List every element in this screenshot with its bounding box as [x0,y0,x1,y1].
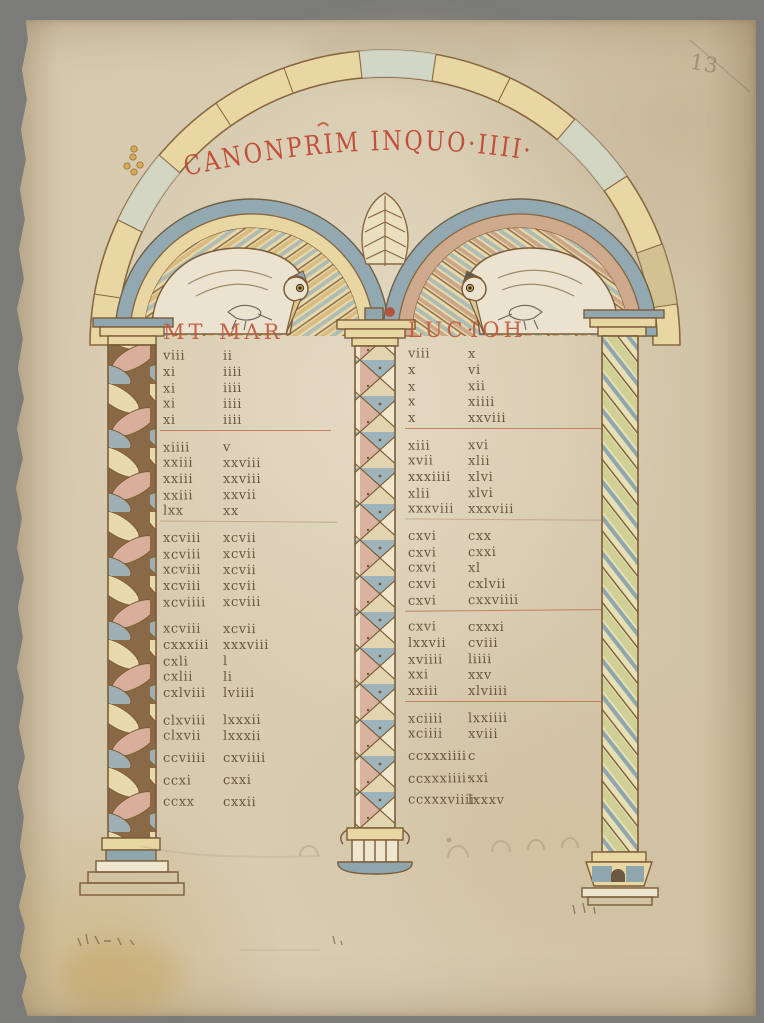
matthew-section-number: CCVIIII [163,751,223,766]
john-section-number: XLVI [468,486,494,501]
table-row: CCXI CXXI [163,771,313,788]
luke-section-number: XXXVIII [408,501,468,516]
table-row: CXVI CXX [408,528,583,544]
matthew-section-number: XCVIII [163,621,223,636]
table-row: CCXX CXXII [163,793,313,810]
luke-section-number: CXVI [408,545,468,561]
john-section-number: CXXI [468,544,497,559]
right-table-rows: VIII X X VI X XII X XIIII X XXVIII XIII … [408,346,583,808]
matthew-section-number: CCXX [163,794,223,809]
john-section-number: XLVI [468,470,493,485]
matthew-section-number: XI [163,396,223,411]
mark-section-number: XCVII [223,562,256,577]
john-section-number: XL [468,560,481,575]
luke-section-number: CXVI [408,529,468,544]
table-row: XXI XXV [408,666,583,683]
table-row: XI IIII [163,395,313,412]
table-row: LXX XX [163,502,313,519]
table-row: CCXXXIIII· XXI [408,769,583,787]
mark-section-number: CXXI [223,772,252,787]
luke-section-number: X [408,411,468,426]
john-section-number: X [468,346,476,361]
john-section-number: XVIII [468,726,498,741]
mark-section-number: XCVII [223,579,256,594]
mark-section-number: IIII [223,396,242,411]
luke-section-number: CXVI [408,560,468,575]
table-row: XCVIII XCVII [163,561,313,578]
table-row: XXIII XXVIII [163,471,313,487]
table-row: XIIII V [163,438,313,455]
table-row: VIII II [163,347,313,364]
john-section-number: CVIII [468,636,498,651]
luke-section-number: XCIIII [408,711,468,727]
table-row: CXLVIII LVIIII [163,685,313,701]
john-section-number: LXXXV [468,792,505,807]
table-row: XCVIII XCVII [163,545,313,562]
luke-section-number: XLII [408,486,468,502]
matthew-section-number: CXLI [163,654,223,670]
luke-section-number: LXXVII [408,636,468,651]
matthew-section-number: CCXI [163,773,223,789]
table-row: CXVI CXXI [408,543,583,561]
john-section-number: XXVIII [468,411,506,426]
manuscript-photo: CANONPRIM INQUO·IIII· 13 MT MAR VIII [0,0,764,1023]
table-row: XVII XLII [408,452,583,469]
matthew-section-number: XCVIIII [163,595,223,611]
left-table-header: MT MAR [163,320,313,348]
luke-section-number: CXVI [408,593,468,609]
matthew-section-number: XCVIII [163,531,223,546]
table-row: XLII XLVI [408,484,583,502]
table-row: X XIIII [408,393,583,410]
table-row: CXLI L [163,652,313,669]
canon-table-left: MT MAR VIII II XI IIII XI IIII XI IIII X… [163,320,313,810]
mark-section-number: XXVIII [223,472,261,487]
table-row: LXXVII CVIII [408,635,583,651]
mark-section-number: XCVIII [223,594,261,609]
table-row: CLXVII LXXXII [163,727,313,744]
john-section-number: VI [468,363,481,378]
table-row: XXIII XLVIIII [408,683,583,699]
john-section-number: CXXXI [468,619,505,634]
matthew-section-number: CXLVIII [163,686,223,701]
table-row: X XXVIII [408,410,583,426]
table-row: X XII [408,377,583,395]
john-section-number: XIIII [468,394,495,409]
mark-section-number: XX [223,503,239,518]
matthew-section-number: XCVIII [163,547,223,563]
mark-section-number: LXXXII [223,728,261,743]
canon-table-right: LUC· IOH VIII X X VI X XII X XIIII X XXV… [408,318,583,808]
table-row: XCVIII XCVII [163,578,313,594]
table-row: CCVIIII CXVIIII [163,750,313,766]
table-row: CXLII LI [163,668,313,685]
mark-section-number: XCVII [223,621,256,636]
matthew-section-number: XI [163,365,223,380]
luke-section-number: CCXXXIIII· [408,771,468,787]
mark-section-number: XCVII [223,531,256,546]
mark-section-number: V [223,440,231,455]
john-section-number: CXXVIIII [468,592,519,607]
table-row: X VI [408,362,583,378]
table-row: XCIIII LXXIIII [408,709,583,727]
table-row: XXXIIII XLVI [408,469,583,485]
table-row: XXIII XXVII [163,486,313,503]
table-row: CCXXXVIIII· LXXXV [408,791,583,808]
matthew-section-number: XI [163,413,223,428]
luke-section-number: CXVI [408,619,468,634]
table-row: CXVI CXXXI [408,618,583,635]
matthew-section-number: XXIII [163,488,223,504]
luke-section-number: CCXXXVIIII· [408,792,468,807]
parchment-page [12,20,756,1016]
matthew-section-number: LXX [163,503,223,518]
table-row: VIII X [408,345,583,362]
mark-section-number: LXXXII [223,712,261,727]
luke-section-number: X [408,379,468,395]
luke-section-number: XXXIIII [408,470,468,485]
matthew-section-number: XCVIII [163,579,223,594]
john-section-number: XII [468,379,486,394]
mark-section-number: IIII [223,365,242,380]
john-section-number: XXV [468,667,492,682]
table-row: XI IIII [163,364,313,380]
mark-section-number: IIII [223,413,242,428]
john-section-number: CXX [468,529,492,544]
mark-section-number: XXXVIII [223,638,269,653]
header-matthew: MT [163,320,219,348]
matthew-section-number: XIIII [163,440,223,456]
table-row: XCVIII XCVII [163,530,313,546]
mark-section-number: CXVIIII [223,751,266,766]
table-row: CXVI CXLVII [408,576,583,592]
table-row: CCXXXIIII C [408,748,583,764]
matthew-section-number: XI [163,381,223,397]
header-luke: LUC· [408,318,470,346]
john-section-number: XXI [468,771,489,786]
header-mark: MAR [219,320,283,348]
table-row: XIII XVI [408,436,583,454]
john-section-number: XVI [468,438,489,453]
mark-section-number: LI [223,669,233,684]
john-section-number: CXLVII [468,577,506,592]
luke-section-number: X [408,363,468,378]
john-section-number: LXXIIII [468,710,508,725]
john-section-number: C [468,749,476,764]
matthew-section-number: XCVIII [163,562,223,577]
matthew-section-number: XXIII [163,455,223,470]
table-row: XXXVIII XXXVIII [408,500,583,517]
john-section-number: XXXVIII [468,501,514,516]
john-section-number: XLVIIII [468,684,508,699]
table-row: XCIIII XVIII [408,725,583,742]
table-row: XI IIII [163,379,313,396]
luke-section-number: VIII [408,346,468,361]
mark-section-number: II [223,348,233,363]
table-row: XCVIIII XCVIII [163,593,313,610]
mark-section-number: IIII [223,380,242,395]
luke-section-number: XVII [408,453,468,468]
mark-section-number: XCVII [223,546,256,561]
matthew-section-number: XXIII [163,472,223,487]
matthew-section-number: CXXXIII [163,638,223,653]
luke-section-number: XIII [408,438,468,454]
folio-number: 13 [688,50,720,79]
john-section-number: LIIII [468,652,492,667]
mark-section-number: L [223,654,228,669]
right-table-header: LUC· IOH [408,318,583,346]
luke-section-number: XXI [408,667,468,682]
luke-section-number: CCXXXIIII [408,749,468,764]
matthew-section-number: VIII [163,348,223,363]
table-row: CXVI CXXVIIII [408,591,583,609]
mark-section-number: CXXII [223,794,256,809]
john-section-number: XLII [468,453,490,468]
table-row: XI IIII [163,412,313,428]
matthew-section-number: CLXVIII [163,713,223,729]
table-row: CLXVIII LXXXII [163,711,313,728]
mark-section-number: LVIIII [223,686,255,701]
matthew-section-number: CXLII [163,669,223,684]
luke-section-number: CXVI [408,577,468,592]
header-john: IOH [470,318,526,346]
left-table-rows: VIII II XI IIII XI IIII XI IIII XI IIII … [163,348,313,810]
mark-section-number: XXVII [223,487,256,502]
table-row: XVIIII LIIII [408,650,583,668]
table-row: CXVI XL [408,559,583,576]
mark-section-number: XXVIII [223,455,261,470]
luke-section-number: XVIIII [408,652,468,668]
luke-section-number: XCIIII [408,726,468,741]
matthew-section-number: CLXVII [163,728,223,743]
table-row: XCVIII XCVII [163,620,313,637]
table-row: CXXXIII XXXVIII [163,637,313,653]
luke-section-number: X [408,394,468,409]
luke-section-number: XXIII [408,684,468,699]
table-row: XXIII XXVIII [163,454,313,471]
